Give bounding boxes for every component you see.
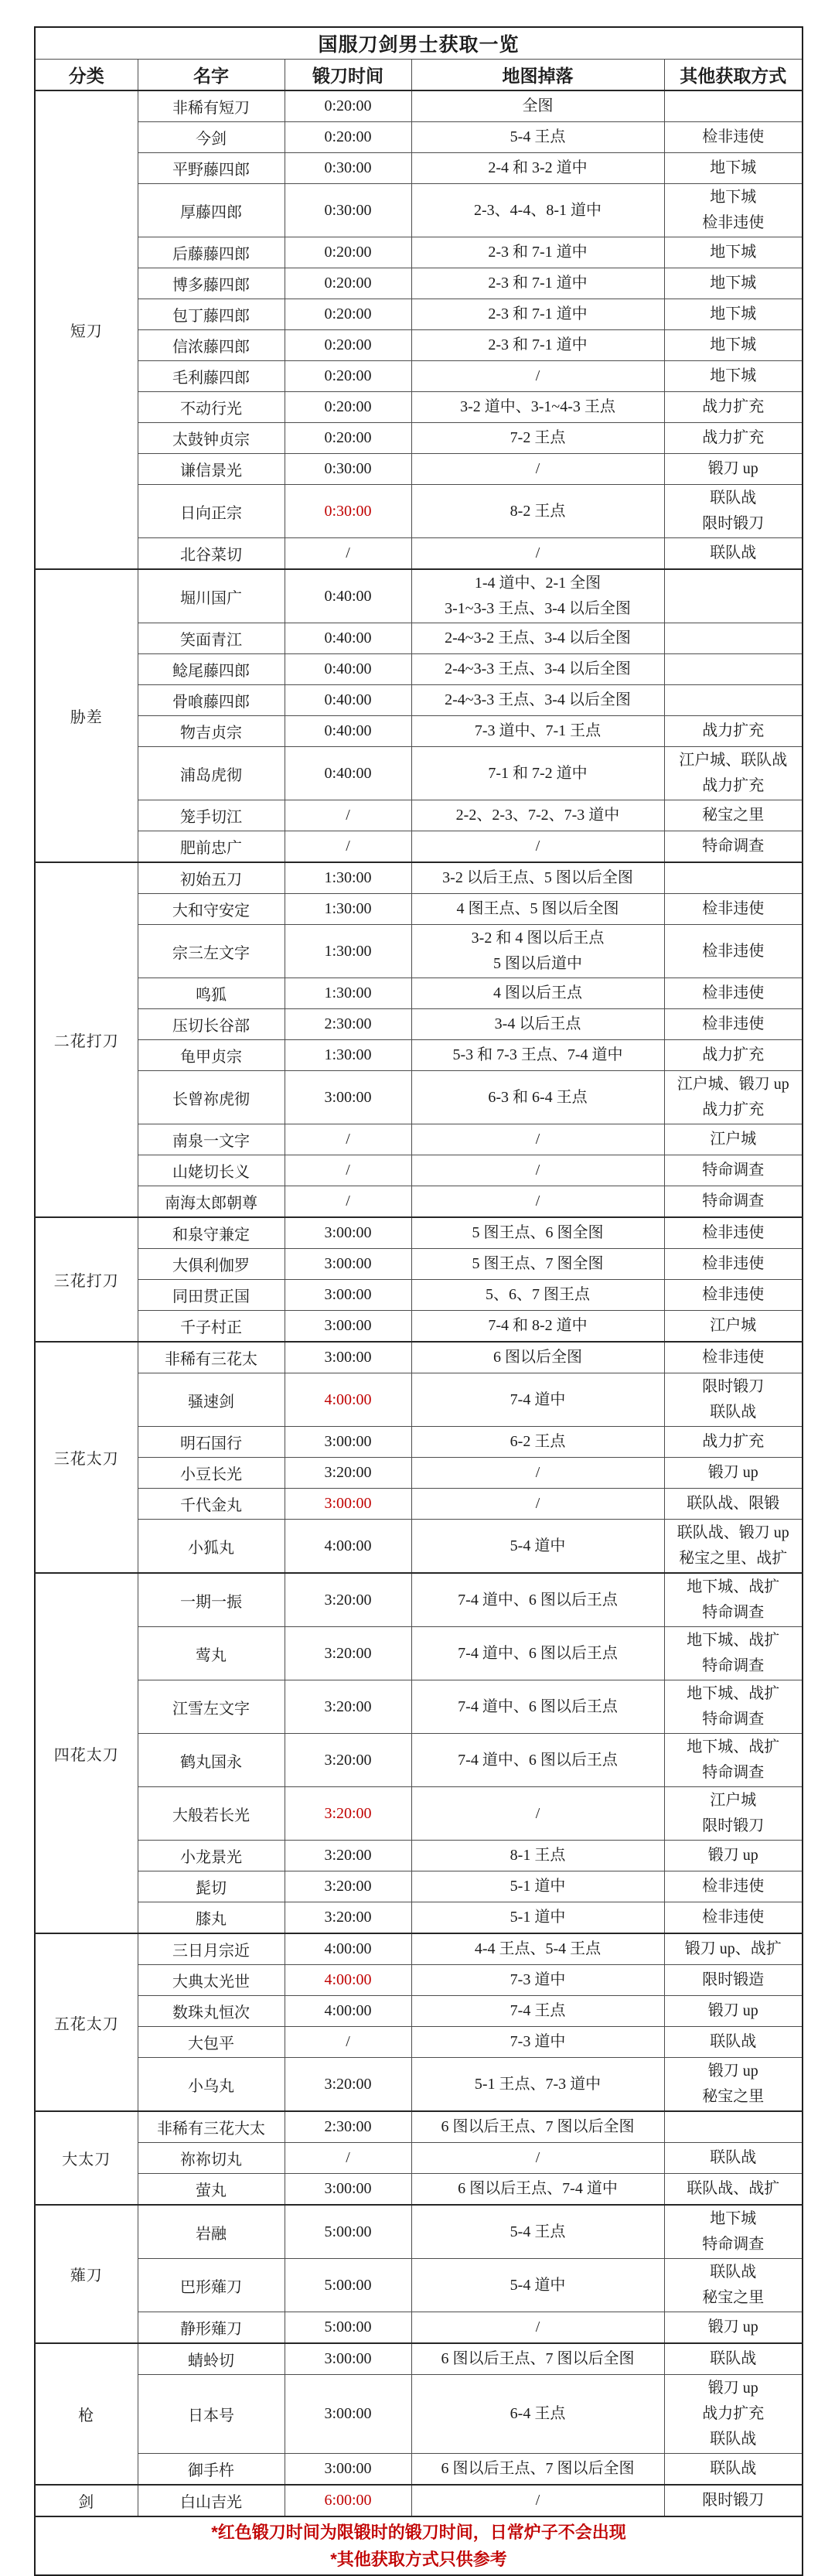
forge-time-cell: 3:20:00 [285, 1871, 411, 1902]
category-cell: 五花太刀 [35, 1933, 138, 2111]
table-row: 长曾祢虎彻3:00:006-3 和 6-4 王点江户城、锻刀 up战力扩充 [35, 1071, 803, 1124]
other-method-cell: 联队战、限锻 [664, 1489, 803, 1520]
map-drop-cell: 7-2 王点 [411, 423, 664, 454]
map-drop-cell: 2-4 和 3-2 道中 [411, 153, 664, 184]
map-drop-cell: / [411, 831, 664, 863]
sword-name-cell: 非稀有短刀 [138, 90, 285, 122]
map-drop-cell: 8-1 王点 [411, 1841, 664, 1871]
table-row: 太鼓钟贞宗0:20:007-2 王点战力扩充 [35, 423, 803, 454]
sword-name-cell: 日本号 [138, 2375, 285, 2454]
table-row: 江雪左文字3:20:007-4 道中、6 图以后王点地下城、战扩特命调查 [35, 1680, 803, 1734]
map-drop-cell: 5-1 王点、7-3 道中 [411, 2058, 664, 2112]
col-header-name: 名字 [138, 60, 285, 91]
other-method-line: 锻刀 up [666, 1843, 801, 1868]
category-cell: 胁差 [35, 569, 138, 862]
other-method-cell: 地下城 [664, 361, 803, 392]
sword-name-cell: 博多藤四郎 [138, 268, 285, 299]
table-row: 数珠丸恒次4:00:007-4 王点锻刀 up [35, 1996, 803, 2027]
other-method-cell: 限时锻刀 [664, 2485, 803, 2516]
other-method-line: 检非违使 [666, 939, 801, 964]
other-method-line: 联队战、限锻 [666, 1491, 801, 1517]
map-drop-cell: 8-2 王点 [411, 485, 664, 538]
map-drop-line: 1-4 道中、2-1 全图 [414, 571, 663, 596]
sword-name-cell: 大包平 [138, 2027, 285, 2058]
sword-name-cell: 小豆长光 [138, 1458, 285, 1489]
other-method-cell: 地下城 [664, 237, 803, 268]
table-row: 剑白山吉光6:00:00/限时锻刀 [35, 2485, 803, 2516]
other-method-line: 联队战 [666, 2456, 801, 2482]
other-method-cell: 战力扩充 [664, 1427, 803, 1458]
forge-time-cell: 3:00:00 [285, 1071, 411, 1124]
sword-name-cell: 日向正宗 [138, 485, 285, 538]
map-drop-line: / [414, 363, 663, 389]
other-method-line: 特命调查 [666, 1600, 801, 1626]
table-row: 巴形薙刀5:00:005-4 道中联队战秘宝之里 [35, 2259, 803, 2312]
map-drop-cell: / [411, 1186, 664, 1218]
other-method-line: 联队战 [666, 2260, 801, 2285]
map-drop-line: 6-2 王点 [414, 1429, 663, 1455]
map-drop-cell: / [411, 2485, 664, 2516]
map-drop-cell: 2-2、2-3、7-2、7-3 道中 [411, 800, 664, 831]
forge-time-cell: 3:00:00 [285, 1249, 411, 1280]
map-drop-line: / [414, 2145, 663, 2171]
map-drop-cell: 5-4 王点 [411, 122, 664, 153]
forge-time-cell: 4:00:00 [285, 1965, 411, 1996]
map-drop-line: 6 图以后王点、7 图以后全图 [414, 2346, 663, 2372]
other-method-cell: 地下城 [664, 153, 803, 184]
other-method-line: 特命调查 [666, 1653, 801, 1679]
table-body: 短刀非稀有短刀0:20:00全图今剑0:20:005-4 王点检非违使平野藤四郎… [35, 90, 803, 2516]
map-drop-line: 6 图以后王点、7-4 道中 [414, 2176, 663, 2202]
forge-time-cell: 0:20:00 [285, 330, 411, 361]
map-drop-line: 6-4 王点 [414, 2401, 663, 2427]
other-method-line: 检非违使 [666, 981, 801, 1006]
map-drop-cell: 全图 [411, 90, 664, 122]
forge-time-cell: 0:40:00 [285, 685, 411, 716]
other-method-line: 地下城 [666, 2206, 801, 2232]
table-row: 南海太郎朝尊//特命调查 [35, 1186, 803, 1218]
sword-name-cell: 笼手切江 [138, 800, 285, 831]
sword-name-cell: 后藤藤四郎 [138, 237, 285, 268]
other-method-line: 江户城 [666, 1788, 801, 1813]
map-drop-cell: / [411, 2312, 664, 2344]
sword-name-cell: 小狐丸 [138, 1520, 285, 1574]
map-drop-line: 5-1 道中 [414, 1874, 663, 1899]
map-drop-cell: 7-4 和 8-2 道中 [411, 1311, 664, 1343]
other-method-line: 锻刀 up [666, 456, 801, 482]
sword-name-cell: 祢祢切丸 [138, 2143, 285, 2174]
other-method-cell: 地下城检非违使 [664, 184, 803, 237]
other-method-cell: 检非违使 [664, 894, 803, 925]
map-drop-line: 3-2 以后王点、5 图以后全图 [414, 865, 663, 891]
forge-time-cell: 3:00:00 [285, 1489, 411, 1520]
other-method-line: 战力扩充 [666, 1097, 801, 1123]
sword-name-cell: 三日月宗近 [138, 1933, 285, 1965]
other-method-cell: 联队战秘宝之里 [664, 2259, 803, 2312]
other-method-line: 检非违使 [666, 896, 801, 922]
sword-name-cell: 蜻蛉切 [138, 2343, 285, 2375]
sword-name-cell: 压切长谷部 [138, 1009, 285, 1040]
other-method-line: 锻刀 up [666, 2059, 801, 2084]
map-drop-line: / [414, 834, 663, 859]
map-drop-cell: / [411, 454, 664, 485]
other-method-line: 特命调查 [666, 1189, 801, 1214]
forge-time-cell: 3:00:00 [285, 1342, 411, 1373]
table-row: 大俱利伽罗3:00:005 图王点、7 图全图检非违使 [35, 1249, 803, 1280]
other-method-cell: 限时锻造 [664, 1965, 803, 1996]
map-drop-line: / [414, 1127, 663, 1152]
map-drop-line: / [414, 1158, 663, 1183]
other-method-line: 检非违使 [666, 1251, 801, 1277]
other-method-line: 锻刀 up、战扩 [666, 1936, 801, 1962]
other-method-line: 限时锻刀 [666, 1813, 801, 1839]
map-drop-line: 5-4 道中 [414, 1534, 663, 1559]
forge-time-cell: 3:20:00 [285, 2058, 411, 2112]
map-drop-line: 5-1 王点、7-3 道中 [414, 2072, 663, 2097]
table-row: 浦岛虎彻0:40:007-1 和 7-2 道中江户城、联队战战力扩充 [35, 747, 803, 800]
other-method-cell: 联队战 [664, 2343, 803, 2375]
map-drop-cell: / [411, 361, 664, 392]
map-drop-line: 7-4 道中、6 图以后王点 [414, 1641, 663, 1667]
forge-time-cell: 0:30:00 [285, 153, 411, 184]
category-cell: 薙刀 [35, 2205, 138, 2343]
other-method-line: 特命调查 [666, 1158, 801, 1183]
forge-time-cell: 0:40:00 [285, 747, 411, 800]
map-drop-cell: 2-3 和 7-1 道中 [411, 268, 664, 299]
other-method-cell: 地下城、战扩特命调查 [664, 1734, 803, 1787]
forge-time-cell: 3:00:00 [285, 2454, 411, 2486]
map-drop-line: 6 图以后全图 [414, 1345, 663, 1370]
category-cell: 大太刀 [35, 2111, 138, 2205]
table-row: 鲶尾藤四郎0:40:002-4~3-3 王点、3-4 以后全图 [35, 654, 803, 685]
map-drop-cell: 3-2 和 4 图以后王点5 图以后道中 [411, 925, 664, 978]
sword-name-cell: 北谷菜切 [138, 538, 285, 570]
table-row: 山姥切长义//特命调查 [35, 1155, 803, 1186]
forge-time-cell: / [285, 800, 411, 831]
other-method-cell: 检非违使 [664, 978, 803, 1009]
footnote-1: *红色锻刀时间为限锻时的锻刀时间，日常炉子不会出现 [37, 2519, 800, 2546]
sword-name-cell: 南海太郎朝尊 [138, 1186, 285, 1218]
table-row: 祢祢切丸//联队战 [35, 2143, 803, 2174]
map-drop-line: 2-3 和 7-1 道中 [414, 333, 663, 358]
sword-name-cell: 静形薙刀 [138, 2312, 285, 2344]
map-drop-line: / [414, 2488, 663, 2513]
map-drop-line: 7-4 和 8-2 道中 [414, 1313, 663, 1339]
other-method-cell: 江户城限时锻刀 [664, 1787, 803, 1841]
map-drop-line: 5-4 王点 [414, 2219, 663, 2245]
forge-time-cell: 3:00:00 [285, 2375, 411, 2454]
other-method-cell: 检非违使 [664, 1249, 803, 1280]
forge-time-cell: 4:00:00 [285, 1933, 411, 1965]
other-method-line: 检非违使 [666, 1282, 801, 1308]
forge-time-cell: 5:00:00 [285, 2259, 411, 2312]
table-row: 不动行光0:20:003-2 道中、3-1~4-3 王点战力扩充 [35, 392, 803, 423]
header-row: 分类 名字 锻刀时间 地图掉落 其他获取方式 [35, 60, 803, 91]
other-method-cell: 检非违使 [664, 1902, 803, 1934]
sword-name-cell: 同田贯正国 [138, 1280, 285, 1311]
other-method-cell: 地下城、战扩特命调查 [664, 1573, 803, 1627]
category-cell: 三花太刀 [35, 1342, 138, 1573]
map-drop-line: 5-4 王点 [414, 125, 663, 150]
map-drop-cell: 5-1 道中 [411, 1902, 664, 1934]
other-method-line: 秘宝之里 [666, 2084, 801, 2110]
table-row: 日本号3:00:006-4 王点锻刀 up战力扩充联队战 [35, 2375, 803, 2454]
forge-time-cell: 2:30:00 [285, 2111, 411, 2143]
sword-name-cell: 谦信景光 [138, 454, 285, 485]
forge-time-cell: 2:30:00 [285, 1009, 411, 1040]
table-row: 御手杵3:00:006 图以后王点、7 图以后全图联队战 [35, 2454, 803, 2486]
sword-name-cell: 骨喰藤四郎 [138, 685, 285, 716]
other-method-line: 检非违使 [666, 1905, 801, 1930]
other-method-cell: 地下城、战扩特命调查 [664, 1627, 803, 1680]
other-method-line: 战力扩充 [666, 1042, 801, 1068]
other-method-line: 限时锻刀 [666, 1374, 801, 1400]
sword-name-cell: 肥前忠广 [138, 831, 285, 863]
table-row: 四花太刀一期一振3:20:007-4 道中、6 图以后王点地下城、战扩特命调查 [35, 1573, 803, 1627]
sword-name-cell: 莺丸 [138, 1627, 285, 1680]
table-row: 物吉贞宗0:40:007-3 道中、7-1 王点战力扩充 [35, 716, 803, 747]
map-drop-cell: 4-4 王点、5-4 王点 [411, 1933, 664, 1965]
sword-name-cell: 髭切 [138, 1871, 285, 1902]
map-drop-cell: 7-4 道中、6 图以后王点 [411, 1680, 664, 1734]
forge-time-cell: 0:30:00 [285, 184, 411, 237]
other-method-line: 地下城、战扩 [666, 1628, 801, 1653]
map-drop-cell: 5-1 道中 [411, 1871, 664, 1902]
forge-time-cell: / [285, 1124, 411, 1155]
acquisition-table: 国服刀剑男士获取一览 分类 名字 锻刀时间 地图掉落 其他获取方式 短刀非稀有短… [34, 26, 803, 2576]
sword-name-cell: 大和守安定 [138, 894, 285, 925]
map-drop-line: 2-3、4-4、8-1 道中 [414, 198, 663, 223]
map-drop-cell: 1-4 道中、2-1 全图3-1~3-3 王点、3-4 以后全图 [411, 569, 664, 623]
other-method-line: 检非违使 [666, 210, 801, 236]
category-cell: 四花太刀 [35, 1573, 138, 1933]
other-method-cell: 江户城 [664, 1124, 803, 1155]
map-drop-line: 2-4~3-2 王点、3-4 以后全图 [414, 626, 663, 651]
other-method-cell: 锻刀 up [664, 1996, 803, 2027]
table-row: 胁差堀川国广0:40:001-4 道中、2-1 全图3-1~3-3 王点、3-4… [35, 569, 803, 623]
other-method-cell: 特命调查 [664, 1155, 803, 1186]
other-method-cell: 地下城 [664, 268, 803, 299]
other-method-line: 地下城 [666, 363, 801, 389]
map-drop-line: / [414, 541, 663, 566]
other-method-line: 地下城、战扩 [666, 1735, 801, 1760]
table-row: 骨喰藤四郎0:40:002-4~3-3 王点、3-4 以后全图 [35, 685, 803, 716]
forge-time-cell: 0:30:00 [285, 485, 411, 538]
map-drop-line: 7-3 道中、7-1 王点 [414, 718, 663, 744]
other-method-cell: 联队战 [664, 2143, 803, 2174]
sword-name-cell: 白山吉光 [138, 2485, 285, 2516]
other-method-line: 检非违使 [666, 1220, 801, 1246]
sword-name-cell: 非稀有三花大太 [138, 2111, 285, 2143]
page-title: 国服刀剑男士获取一览 [35, 27, 803, 60]
forge-time-cell: 6:00:00 [285, 2485, 411, 2516]
table-row: 静形薙刀5:00:00/锻刀 up [35, 2312, 803, 2344]
sword-name-cell: 信浓藤四郎 [138, 330, 285, 361]
forge-time-cell: 3:00:00 [285, 1427, 411, 1458]
forge-time-cell: 1:30:00 [285, 1040, 411, 1071]
map-drop-cell: 5 图王点、7 图全图 [411, 1249, 664, 1280]
forge-time-cell: 3:20:00 [285, 1573, 411, 1627]
acquisition-sheet: 国服刀剑男士获取一览 分类 名字 锻刀时间 地图掉落 其他获取方式 短刀非稀有短… [34, 26, 803, 2576]
forge-time-cell: 0:20:00 [285, 392, 411, 423]
other-method-cell: 地下城 [664, 330, 803, 361]
map-drop-cell: 5-3 和 7-3 王点、7-4 道中 [411, 1040, 664, 1071]
map-drop-line: / [414, 1491, 663, 1517]
forge-time-cell: 3:20:00 [285, 1902, 411, 1934]
other-method-line: 检非违使 [666, 1012, 801, 1037]
map-drop-cell: 5、6、7 图王点 [411, 1280, 664, 1311]
map-drop-cell: 7-3 道中 [411, 1965, 664, 1996]
other-method-cell: 检非违使 [664, 1009, 803, 1040]
map-drop-line: 7-1 和 7-2 道中 [414, 761, 663, 786]
other-method-cell: 联队战 [664, 2454, 803, 2486]
map-drop-cell: / [411, 1155, 664, 1186]
sword-name-cell: 千代金丸 [138, 1489, 285, 1520]
other-method-cell: 战力扩充 [664, 392, 803, 423]
other-method-line: 战力扩充 [666, 773, 801, 799]
map-drop-cell: / [411, 1458, 664, 1489]
map-drop-cell: 6-3 和 6-4 王点 [411, 1071, 664, 1124]
other-method-cell: 特命调查 [664, 831, 803, 863]
table-row: 龟甲贞宗1:30:005-3 和 7-3 王点、7-4 道中战力扩充 [35, 1040, 803, 1071]
table-row: 宗三左文字1:30:003-2 和 4 图以后王点5 图以后道中检非违使 [35, 925, 803, 978]
col-header-other-methods: 其他获取方式 [664, 60, 803, 91]
other-method-cell: 地下城 [664, 299, 803, 330]
map-drop-line: 5 图王点、7 图全图 [414, 1251, 663, 1277]
forge-time-cell: 3:20:00 [285, 1841, 411, 1871]
map-drop-cell: / [411, 2143, 664, 2174]
other-method-line: 江户城、锻刀 up [666, 1072, 801, 1097]
other-method-line: 锻刀 up [666, 1998, 801, 2024]
other-method-cell: 检非违使 [664, 1342, 803, 1373]
map-drop-cell: 6-2 王点 [411, 1427, 664, 1458]
forge-time-cell: 3:20:00 [285, 1787, 411, 1841]
table-row: 明石国行3:00:006-2 王点战力扩充 [35, 1427, 803, 1458]
category-cell: 二花打刀 [35, 862, 138, 1217]
forge-time-cell: 0:20:00 [285, 361, 411, 392]
sword-name-cell: 江雪左文字 [138, 1680, 285, 1734]
map-drop-cell: 5-4 道中 [411, 2259, 664, 2312]
map-drop-line: 3-1~3-3 王点、3-4 以后全图 [414, 596, 663, 622]
map-drop-cell: 4 图王点、5 图以后全图 [411, 894, 664, 925]
forge-time-cell: 3:20:00 [285, 1458, 411, 1489]
other-method-line: 地下城 [666, 155, 801, 181]
other-method-cell: 锻刀 up [664, 2312, 803, 2344]
forge-time-cell: 4:00:00 [285, 1373, 411, 1427]
sword-name-cell: 初始五刀 [138, 862, 285, 894]
other-method-line: 检非违使 [666, 1874, 801, 1899]
map-drop-cell: 7-4 道中、6 图以后王点 [411, 1573, 664, 1627]
map-drop-line: 3-2 道中、3-1~4-3 王点 [414, 394, 663, 420]
other-method-line: 联队战、锻刀 up [666, 1520, 801, 1546]
other-method-line: 战力扩充 [666, 2401, 801, 2427]
table-row: 五花太刀三日月宗近4:00:004-4 王点、5-4 王点锻刀 up、战扩 [35, 1933, 803, 1965]
other-method-cell [664, 654, 803, 685]
other-method-cell: 锻刀 up秘宝之里 [664, 2058, 803, 2112]
other-method-line: 锻刀 up [666, 2376, 801, 2401]
map-drop-line: 全图 [414, 94, 663, 119]
sword-name-cell: 物吉贞宗 [138, 716, 285, 747]
sword-name-cell: 小龙景光 [138, 1841, 285, 1871]
table-row: 博多藤四郎0:20:002-3 和 7-1 道中地下城 [35, 268, 803, 299]
map-drop-cell: 5-4 道中 [411, 1520, 664, 1574]
forge-time-cell: 3:00:00 [285, 1217, 411, 1249]
map-drop-line: 7-4 道中 [414, 1387, 663, 1413]
table-row: 萤丸3:00:006 图以后王点、7-4 道中联队战、战扩 [35, 2174, 803, 2206]
table-row: 鸣狐1:30:004 图以后王点检非违使 [35, 978, 803, 1009]
map-drop-cell: 6-4 王点 [411, 2375, 664, 2454]
other-method-cell: 联队战 [664, 538, 803, 570]
sword-name-cell: 御手杵 [138, 2454, 285, 2486]
sword-name-cell: 太鼓钟贞宗 [138, 423, 285, 454]
map-drop-line: 2-3 和 7-1 道中 [414, 271, 663, 296]
map-drop-line: 2-3 和 7-1 道中 [414, 240, 663, 265]
other-method-line: 秘宝之里 [666, 2285, 801, 2311]
other-method-cell: 联队战 [664, 2027, 803, 2058]
other-method-line: 联队战 [666, 486, 801, 511]
table-row: 谦信景光0:30:00/锻刀 up [35, 454, 803, 485]
map-drop-line: 8-2 王点 [414, 499, 663, 524]
forge-time-cell: 3:00:00 [285, 1311, 411, 1343]
map-drop-line: 3-2 和 4 图以后王点 [414, 926, 663, 951]
map-drop-line: 5、6、7 图王点 [414, 1282, 663, 1308]
map-drop-line: 7-4 道中、6 图以后王点 [414, 1748, 663, 1773]
sword-name-cell: 浦岛虎彻 [138, 747, 285, 800]
other-method-cell: 地下城特命调查 [664, 2205, 803, 2259]
map-drop-cell: 2-4~3-3 王点、3-4 以后全图 [411, 685, 664, 716]
map-drop-line: 5-1 道中 [414, 1905, 663, 1930]
title-row: 国服刀剑男士获取一览 [35, 27, 803, 60]
map-drop-cell: 6 图以后王点、7-4 道中 [411, 2174, 664, 2206]
other-method-cell: 锻刀 up [664, 454, 803, 485]
sword-name-cell: 鲶尾藤四郎 [138, 654, 285, 685]
map-drop-line: 6 图以后王点、7 图以后全图 [414, 2456, 663, 2482]
other-method-cell [664, 862, 803, 894]
map-drop-cell: 4 图以后王点 [411, 978, 664, 1009]
map-drop-line: 7-4 道中、6 图以后王点 [414, 1588, 663, 1613]
map-drop-cell: 2-3 和 7-1 道中 [411, 299, 664, 330]
sword-name-cell: 大般若长光 [138, 1787, 285, 1841]
forge-time-cell: 4:00:00 [285, 1996, 411, 2027]
sword-name-cell: 不动行光 [138, 392, 285, 423]
other-method-cell: 联队战限时锻刀 [664, 485, 803, 538]
forge-time-cell: 3:00:00 [285, 1280, 411, 1311]
other-method-cell: 地下城、战扩特命调查 [664, 1680, 803, 1734]
forge-time-cell: 1:30:00 [285, 894, 411, 925]
table-row: 髭切3:20:005-1 道中检非违使 [35, 1871, 803, 1902]
other-method-cell: 检非违使 [664, 1871, 803, 1902]
other-method-cell: 秘宝之里 [664, 800, 803, 831]
other-method-line: 联队战 [666, 2029, 801, 2055]
map-drop-cell: 3-2 道中、3-1~4-3 王点 [411, 392, 664, 423]
map-drop-cell: 5-4 王点 [411, 2205, 664, 2259]
other-method-cell: 检非违使 [664, 1280, 803, 1311]
sword-name-cell: 骚速剑 [138, 1373, 285, 1427]
other-method-line: 联队战 [666, 2145, 801, 2171]
other-method-cell [664, 569, 803, 623]
other-method-line: 特命调查 [666, 1760, 801, 1786]
other-method-cell: 锻刀 up战力扩充联队战 [664, 2375, 803, 2454]
sword-name-cell: 平野藤四郎 [138, 153, 285, 184]
forge-time-cell: 3:00:00 [285, 2174, 411, 2206]
other-method-cell: 江户城、锻刀 up战力扩充 [664, 1071, 803, 1124]
col-header-category: 分类 [35, 60, 138, 91]
map-drop-cell: 6 图以后王点、7 图以后全图 [411, 2343, 664, 2375]
other-method-line: 秘宝之里、战扩 [666, 1546, 801, 1571]
forge-time-cell: 5:00:00 [285, 2312, 411, 2344]
other-method-cell: 检非违使 [664, 1217, 803, 1249]
table-row: 日向正宗0:30:008-2 王点联队战限时锻刀 [35, 485, 803, 538]
